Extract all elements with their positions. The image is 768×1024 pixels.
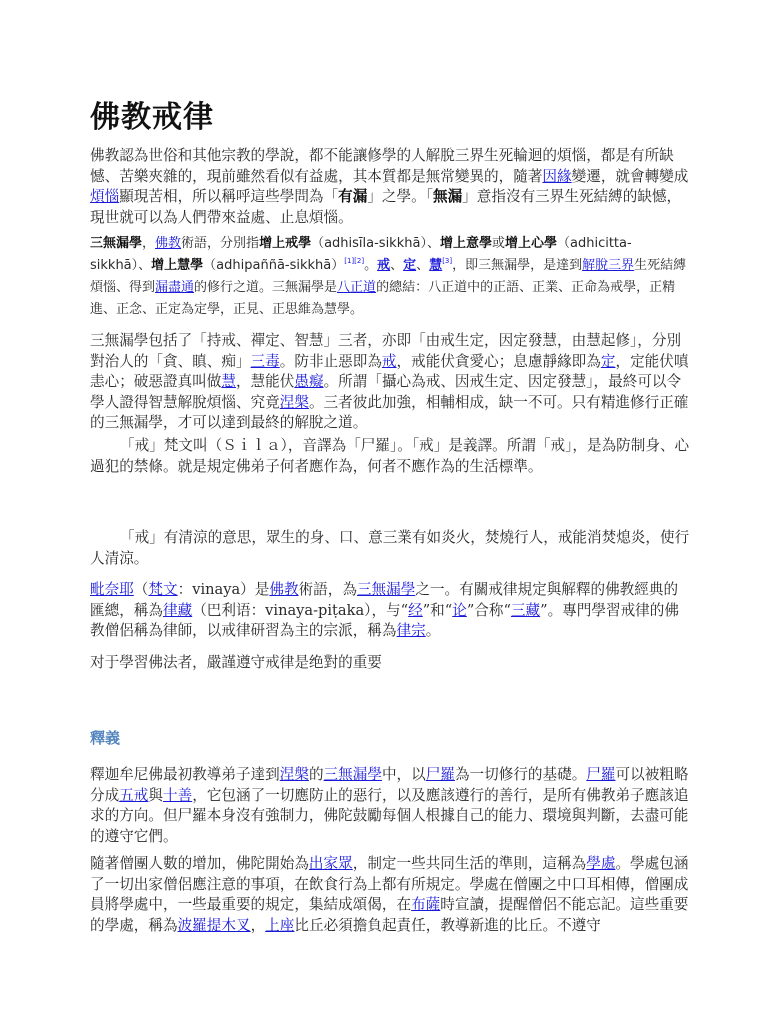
link-fojiao[interactable]: 佛教: [155, 236, 181, 251]
text: 的: [309, 766, 324, 783]
text: ，: [251, 917, 266, 934]
text: 或: [492, 236, 505, 251]
link-lvzang[interactable]: 律藏: [163, 602, 192, 619]
bold-youlou: 有漏: [338, 188, 367, 205]
para-sila: 「戒」梵文叫（Ｓｉｌａ），音譯為「尸羅」。「戒」是義譯。所謂「戒」，是為防制身、…: [90, 436, 690, 477]
text: （巴利语：vinaya-piṭaka），与“: [192, 602, 408, 619]
text: 、: [416, 258, 429, 273]
link-sanwulou[interactable]: 三無漏學: [324, 766, 382, 783]
link-yinyuan[interactable]: 因緣: [542, 168, 571, 185]
text: ，制定一些共同生活的準則，這稱為: [353, 855, 587, 872]
bold-term: 增上戒學: [259, 236, 311, 251]
bold-term: 增上慧學: [151, 258, 203, 273]
para-three-studies: 三無漏學包括了「持戒、禪定、智慧」三者，亦即「由戒生定，因定發慧，由慧起修」，分…: [90, 331, 690, 434]
link-shangzuo[interactable]: 上座: [265, 917, 294, 934]
link-yuchi[interactable]: 愚癡: [294, 373, 323, 390]
bold-wulou: 無漏: [433, 188, 462, 205]
text: 」之學。「: [367, 188, 433, 205]
link-niepan[interactable]: 涅槃: [280, 766, 309, 783]
para-cool: 「戒」有清涼的意思，眾生的身、口、意三業有如炎火，焚燒行人，戒能消焚熄炎，使行人…: [90, 528, 690, 569]
text: ，戒能伏貪愛心；息慮靜緣即為: [397, 353, 601, 370]
text: ，即三無漏學，是達到: [452, 258, 582, 273]
section-heading-explanation: 釋義: [90, 727, 120, 748]
bold-term: 增上意學: [440, 236, 492, 251]
text: （adhisīla-sikkhā）、: [311, 236, 440, 251]
para-importance: 对于學習佛法者，嚴謹遵守戒律是绝對的重要: [90, 653, 690, 674]
text: 術語，分別指: [181, 236, 259, 251]
link-loujin[interactable]: 漏盡通: [155, 280, 194, 295]
page-title: 佛教戒律: [90, 92, 214, 136]
text: 變遷，就會轉變成: [572, 168, 689, 185]
para-vinaya: 毗奈耶（梵文：vinaya）是佛教術語，為三無漏學之一。有關戒律規定與解釋的佛教…: [90, 580, 690, 642]
link-fojiao[interactable]: 佛教: [269, 581, 298, 598]
link-wujie[interactable]: 五戒: [119, 787, 148, 804]
link-shishan[interactable]: 十善: [163, 787, 192, 804]
text: 。: [426, 622, 441, 639]
link-sanwulou[interactable]: 三無漏學: [357, 581, 415, 598]
link-shiluo[interactable]: 尸羅: [426, 766, 455, 783]
text: 中，以: [382, 766, 426, 783]
link-chujiazhong[interactable]: 出家眾: [309, 855, 353, 872]
intro-paragraph: 佛教認為世俗和其他宗教的學說，都不能讓修學的人解脫三界生死輪迴的煩惱，都是有所缺…: [90, 146, 690, 228]
link-boluotimucha[interactable]: 波羅提木叉: [178, 917, 251, 934]
text: ，: [142, 236, 155, 251]
text: （adhipaññā-sikkhā）: [203, 258, 344, 273]
citation-link[interactable]: [3]: [442, 257, 452, 265]
link-shiluo[interactable]: 尸羅: [586, 766, 615, 783]
text: 比丘必須擔負起責任，教導新進的比丘。不遵守: [294, 917, 600, 934]
link-hui[interactable]: 慧: [429, 258, 442, 273]
text: 術語，為: [299, 581, 357, 598]
link-xuechu[interactable]: 學處: [586, 855, 615, 872]
link-busa[interactable]: 布薩: [411, 896, 440, 913]
bold-term: 三無漏學: [90, 236, 142, 251]
para-shakyamuni: 釋迦牟尼佛最初教導弟子達到涅槃的三無漏學中，以尸羅為一切修行的基礎。尸羅可以被粗…: [90, 765, 690, 847]
link-ding[interactable]: 定: [601, 353, 616, 370]
link-niepan[interactable]: 涅槃: [280, 394, 309, 411]
link-fannao[interactable]: 煩惱: [90, 188, 119, 205]
link-lun[interactable]: 论: [452, 602, 467, 619]
text: ”合称“: [467, 602, 511, 619]
bold-term: 增上心學: [505, 236, 557, 251]
text: 。防非止惡即為: [280, 353, 382, 370]
text: 顯現苦相，所以稱呼這些學問為「: [119, 188, 338, 205]
sanwulou-paragraph: 三無漏學，佛教術語，分別指增上戒學（adhisīla-sikkhā）、增上意學或…: [90, 233, 690, 321]
text: 釋迦牟尼佛最初教導弟子達到: [90, 766, 280, 783]
text: ”和“: [423, 602, 453, 619]
text: 為一切修行的基礎。: [455, 766, 586, 783]
para-sangha: 隨著僧團人數的增加，佛陀開始為出家眾，制定一些共同生活的準則，這稱為學處。學處包…: [90, 854, 690, 936]
citation-link[interactable]: [1][2]: [344, 257, 364, 265]
text: （: [134, 581, 149, 598]
text: ，慧能伏: [236, 373, 294, 390]
link-sandu[interactable]: 三毒: [251, 353, 280, 370]
link-jie[interactable]: 戒: [377, 258, 390, 273]
link-jie[interactable]: 戒: [382, 353, 397, 370]
link-hui[interactable]: 慧: [221, 373, 236, 390]
text: 隨著僧團人數的增加，佛陀開始為: [90, 855, 309, 872]
text: 。: [364, 258, 377, 273]
text: 與: [148, 787, 163, 804]
link-jing[interactable]: 经: [408, 602, 423, 619]
link-bazheng[interactable]: 八正道: [337, 280, 376, 295]
link-pinaiye[interactable]: 毗奈耶: [90, 581, 134, 598]
link-sanzang[interactable]: 三藏: [511, 602, 540, 619]
link-fanwen[interactable]: 梵文: [148, 581, 177, 598]
text: 的修行之道。三無漏學是: [194, 280, 337, 295]
text: ：vinaya）是: [178, 581, 270, 598]
text: 、: [390, 258, 403, 273]
link-ding[interactable]: 定: [403, 258, 416, 273]
link-lvzong[interactable]: 律宗: [396, 622, 425, 639]
link-jietuo[interactable]: 解脫三界: [582, 258, 634, 273]
